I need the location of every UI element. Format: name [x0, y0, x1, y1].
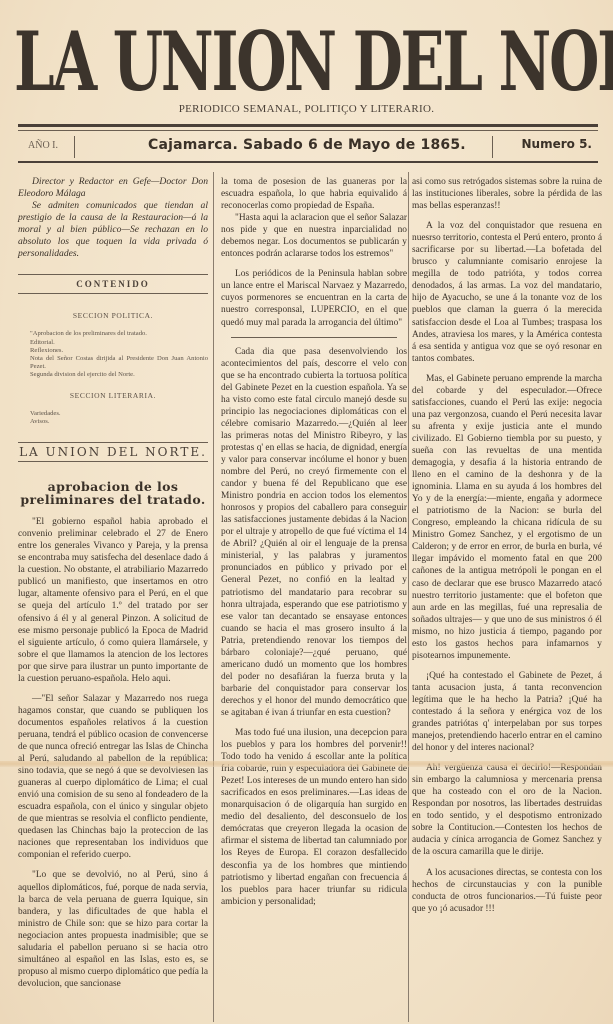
column-divider [213, 172, 214, 1022]
editorial-paragraph: Mas todo fué una ilusion, una decepcion … [221, 727, 407, 908]
editorial-paragraph: ¡Qué ha contestado el Gabinete de Pezet,… [412, 670, 602, 754]
toc-item: Reflexiones. [30, 347, 208, 355]
editorial-policy: Se admiten comunicados que tiendan al pr… [18, 200, 208, 260]
toc-literaria: Variedades. Avisos. [18, 410, 208, 426]
toc-item: Avisos. [30, 418, 208, 426]
toc-politica: "Aprobacion de los preliminares del trat… [18, 330, 208, 379]
header-rule-top [18, 124, 598, 127]
divider [74, 136, 75, 158]
column-3: asi como sus retrógados sistemas sobre l… [412, 176, 602, 915]
contents-heading: CONTENIDO [18, 274, 208, 294]
toc-item: Nota del Señor Costas dirijida al Presid… [30, 355, 208, 371]
editorial-paragraph: Ah! vergüenza causa el decirlo!—Responda… [412, 762, 602, 858]
article-paragraph: "Hasta aqui la aclaracion que el señor S… [221, 212, 407, 260]
editorial-paragraph: Cada dia que pasa desenvolviendo los aco… [221, 346, 407, 719]
place-date: Cajamarca. Sabado 6 de Mayo de 1865. [148, 137, 466, 153]
column-2: la toma de posesion de las guaneras por … [221, 176, 407, 908]
article-paragraph: —"El señor Salazar y Mazarredo nos ruega… [18, 693, 208, 862]
article-paragraph: la toma de posesion de las guaneras por … [221, 176, 407, 212]
article-paragraph: Los periódicos de la Peninsula hablan so… [221, 268, 407, 328]
column-1: Director y Redactor en Gefe—Doctor Don E… [18, 176, 208, 990]
editorial-paragraph: asi como sus retrógados sistemas sobre l… [412, 176, 602, 212]
year-label: AÑO I. [28, 140, 58, 151]
toc-item: Editorial. [30, 339, 208, 347]
toc-item: "Aprobacion de los preliminares del trat… [30, 330, 208, 338]
section-literaria-heading: SECCION LITERARIA. [18, 390, 208, 402]
paper-fold-crease [0, 761, 613, 767]
toc-item: Variedades. [30, 410, 208, 418]
toc-item: Segunda division del ejercito del Norte. [30, 371, 208, 379]
editor-notice: Director y Redactor en Gefe—Doctor Don E… [18, 176, 208, 200]
editorial-paragraph: A los acusaciones directas, se contesta … [412, 867, 602, 915]
dateline: AÑO I. Cajamarca. Sabado 6 de Mayo de 18… [18, 136, 598, 158]
editorial-paragraph: A la voz del conquistador que resuena en… [412, 220, 602, 365]
article-title: aprobacion de los preliminares del trata… [18, 480, 208, 506]
newspaper-page: LA UNION DEL NORTE. PERIODICO SEMANAL, P… [0, 0, 613, 1024]
column-divider [408, 172, 409, 1022]
masthead-title: LA UNION DEL NORTE. [14, 26, 606, 100]
divider [492, 136, 493, 158]
masthead-subtitle: PERIODICO SEMANAL, POLITIÇO Y LITERARIO. [0, 103, 613, 115]
header-rule-thin [18, 130, 598, 131]
issue-number: Numero 5. [522, 137, 592, 151]
article-paragraph: "El gobierno español habia aprobado el c… [18, 516, 208, 685]
article-paragraph: "Lo que se devolvió, no al Perú, sino á … [18, 869, 208, 989]
section-politica-heading: SECCION POLITICA. [18, 310, 208, 322]
header-rule-bottom [18, 161, 598, 163]
small-masthead-logo: LA UNION DEL NORTE. [18, 442, 208, 462]
article-separator [231, 337, 397, 338]
editorial-paragraph: Mas, el Gabinete peruano emprende la mar… [412, 373, 602, 662]
